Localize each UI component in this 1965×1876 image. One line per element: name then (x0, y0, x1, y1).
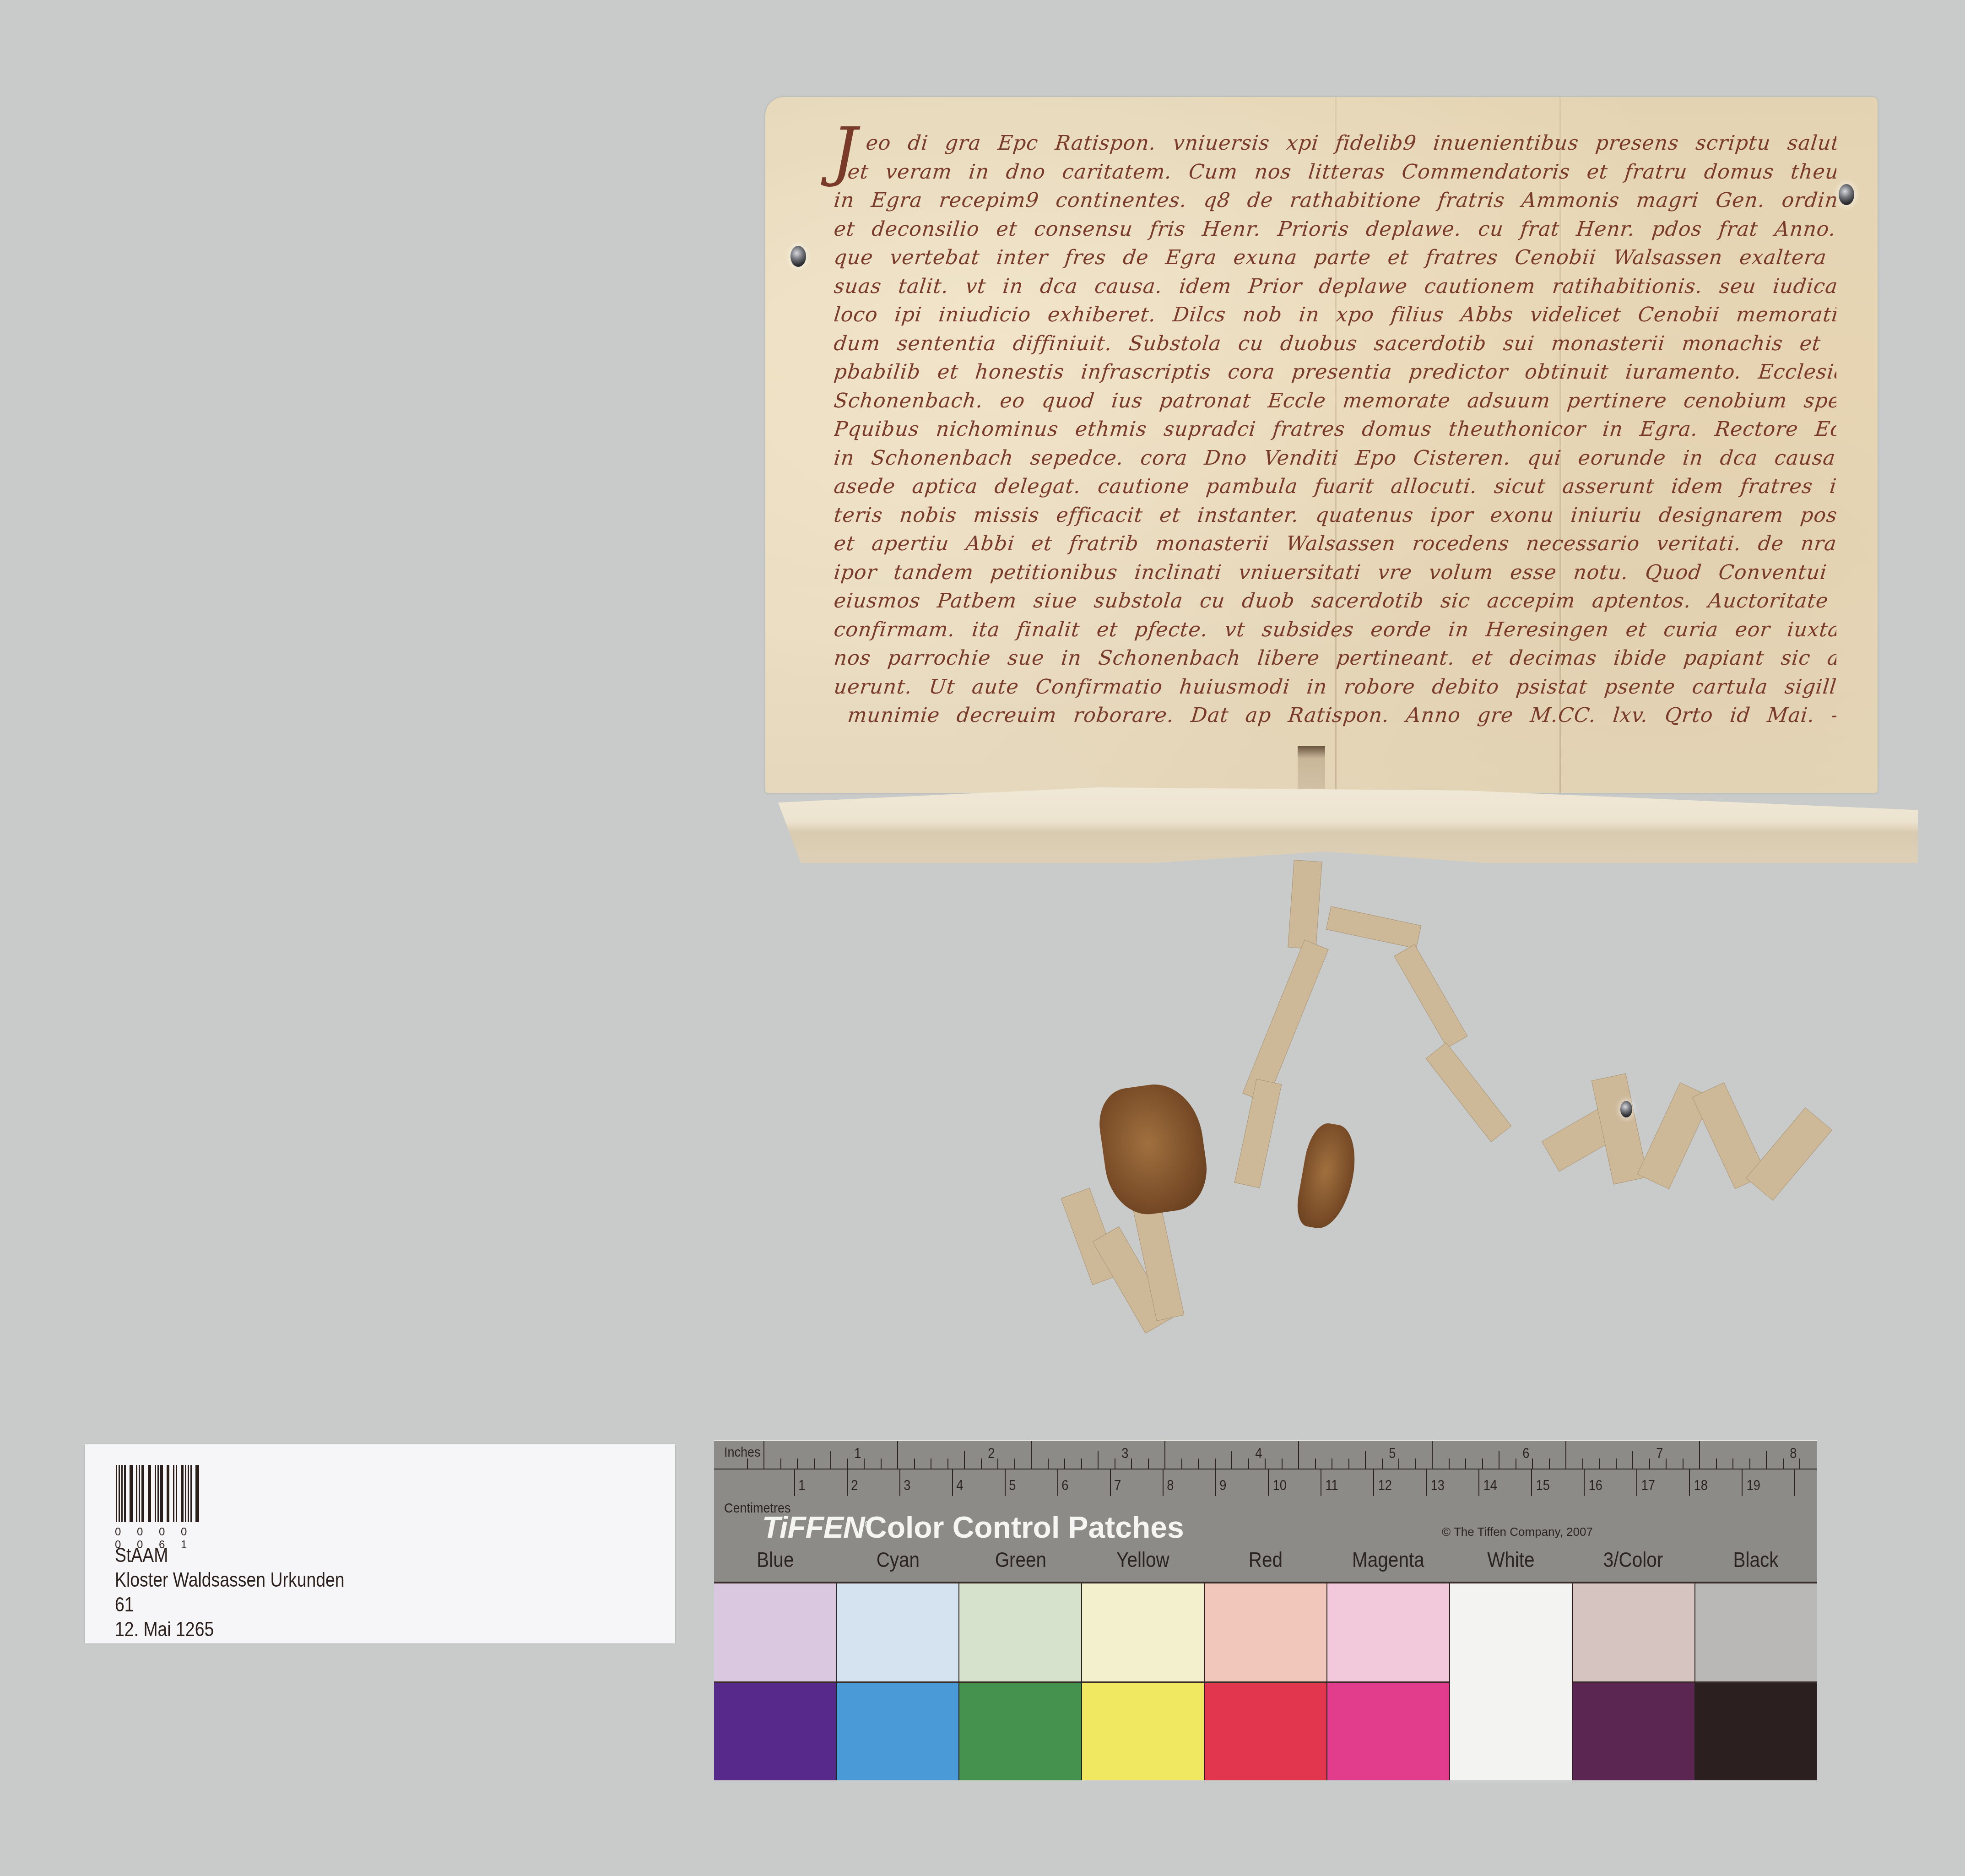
patch-column-red (1205, 1583, 1327, 1780)
inch-tick (914, 1459, 915, 1469)
folded-plica (778, 787, 1918, 863)
inch-tick (864, 1459, 865, 1469)
charter-text: eo di gra Epc Ratispon. vniuersis xpi fi… (834, 129, 1836, 730)
text-line: in Egra recepim9 continentes. q8 de rath… (834, 186, 1836, 215)
inch-tick (964, 1451, 965, 1469)
wax-seal-fragment (1095, 1079, 1213, 1220)
inch-tick-label: 6 (1522, 1445, 1529, 1462)
seal-tag-strip (1746, 1107, 1832, 1201)
text-line: et deconsilio et consensu fris Henr. Pri… (834, 215, 1836, 244)
text-line: ipor tandem petitionibus inclinati vniue… (834, 558, 1836, 587)
patch-light (959, 1583, 1081, 1681)
text-line: loco ipi iniudicio exhiberet. Dilcs nob … (834, 301, 1836, 330)
cm-tick-label: 9 (1219, 1477, 1226, 1494)
patch-name-red: Red (1212, 1547, 1320, 1579)
patch-saturated (1695, 1681, 1817, 1781)
inch-tick (1699, 1441, 1700, 1469)
copyright-notice: © The Tiffen Company, 2007 (1442, 1525, 1593, 1539)
archive-label: 0 0 0 0 0 0 6 1 StAAM Kloster Waldsassen… (85, 1444, 675, 1643)
patch-name-blue: Blue (721, 1547, 829, 1579)
cm-tick (1005, 1469, 1006, 1496)
cm-tick (1584, 1469, 1585, 1496)
inch-tick (1499, 1451, 1499, 1469)
inch-tick (1382, 1459, 1383, 1469)
cm-tick-label: 5 (1009, 1477, 1016, 1494)
cm-tick-label: 15 (1536, 1477, 1550, 1494)
mounting-pin-icon (1620, 1101, 1632, 1117)
inch-tick (947, 1459, 948, 1469)
inch-tick (1532, 1459, 1533, 1469)
patch-column-3-color (1573, 1583, 1695, 1780)
inch-tick (1248, 1459, 1249, 1469)
text-line: Pquibus nichominus ethmis supradci fratr… (834, 415, 1836, 444)
patch-saturated (1205, 1681, 1326, 1781)
inch-tick-label: 1 (854, 1445, 861, 1462)
patch-column-cyan (837, 1583, 959, 1780)
patch-name-magenta: Magenta (1334, 1547, 1442, 1579)
inch-tick (1783, 1459, 1784, 1469)
patch-saturated (1450, 1682, 1572, 1780)
inch-tick (1098, 1451, 1099, 1469)
patch-saturated (959, 1681, 1081, 1781)
inches-label: Inches (724, 1445, 761, 1460)
cm-tick-label: 6 (1061, 1477, 1068, 1494)
inch-tick (1549, 1459, 1550, 1469)
patch-light (1450, 1583, 1572, 1682)
inch-tick (1048, 1459, 1049, 1469)
inch-tick (1365, 1451, 1366, 1469)
inch-tick (1415, 1459, 1416, 1469)
inch-tick (1164, 1441, 1165, 1469)
inch-tick (1616, 1459, 1617, 1469)
inch-tick (847, 1459, 848, 1469)
inch-tick (1599, 1459, 1600, 1469)
seal-tag-strip (1242, 940, 1328, 1103)
cm-tick (952, 1469, 953, 1496)
patch-light (1205, 1583, 1326, 1681)
inch-tick (1565, 1441, 1566, 1469)
inch-tick (1666, 1459, 1667, 1469)
inch-tick-label: 4 (1255, 1445, 1262, 1462)
cm-tick (1373, 1469, 1374, 1496)
inch-tick-label: 7 (1656, 1445, 1663, 1462)
inch-tick (1031, 1441, 1032, 1469)
cm-tick-label: 17 (1641, 1477, 1655, 1494)
inch-tick (1014, 1459, 1015, 1469)
patch-light (837, 1583, 958, 1681)
text-line: confirmam. ita finalit et pfecte. vt sub… (834, 616, 1836, 645)
tiffen-color-chart: Inches Centimetres TiFFEN® Color Control… (714, 1440, 1817, 1778)
patch-name-white: White (1457, 1547, 1565, 1579)
cm-tick-label: 4 (956, 1477, 963, 1494)
inch-tick (1215, 1459, 1216, 1469)
cm-tick-label: 1 (798, 1477, 805, 1494)
inch-tick (1732, 1459, 1733, 1469)
patch-name-cyan: Cyan (844, 1547, 952, 1579)
patch-saturated (1327, 1681, 1449, 1781)
inch-tick (1298, 1441, 1299, 1469)
cm-tick (899, 1469, 900, 1496)
inch-tick (747, 1459, 748, 1469)
patch-column-blue (714, 1583, 837, 1780)
inch-tick-label: 5 (1389, 1445, 1396, 1462)
inch-tick (1482, 1459, 1483, 1469)
inch-tick-label: 3 (1121, 1445, 1128, 1462)
inch-tick (1582, 1459, 1583, 1469)
text-line: in Schonenbach sepedce. cora Dno Venditi… (834, 444, 1836, 473)
seal-tag-strip (1288, 860, 1322, 949)
cm-tick (1742, 1469, 1743, 1496)
mounting-pin-icon (790, 246, 806, 267)
ruler-baseline (714, 1469, 1817, 1469)
inch-tick (1398, 1459, 1399, 1469)
ruler: Inches Centimetres TiFFEN® Color Control… (714, 1440, 1817, 1583)
cm-tick (1268, 1469, 1269, 1496)
mounting-pin-icon (1839, 184, 1854, 205)
text-line: eo di gra Epc Ratispon. vniuersis xpi fi… (834, 129, 1836, 158)
text-line: suas talit. vt in dca causa. idem Prior … (834, 272, 1836, 301)
patch-saturated (837, 1681, 958, 1781)
cm-tick (1215, 1469, 1216, 1496)
cm-tick-label: 16 (1589, 1477, 1602, 1494)
cm-tick-label: 8 (1167, 1477, 1174, 1494)
inch-tick (897, 1441, 898, 1469)
cm-tick-label: 10 (1273, 1477, 1287, 1494)
cm-tick (1110, 1469, 1111, 1496)
tiffen-logo: TiFFEN® (762, 1510, 871, 1545)
inch-tick (1081, 1459, 1082, 1469)
inch-tick (1131, 1459, 1132, 1469)
wax-seal-fragment (1294, 1120, 1361, 1233)
inch-tick (1716, 1459, 1717, 1469)
barcode (116, 1465, 203, 1522)
patch-name-row: Blue Cyan Green Yellow Red Magenta White… (714, 1547, 1817, 1579)
inch-tick (1282, 1459, 1283, 1469)
text-line: teris nobis missis efficacit et instante… (834, 501, 1836, 530)
inch-tick (1231, 1451, 1232, 1469)
inch-tick (1799, 1459, 1800, 1469)
inch-tick (1348, 1459, 1349, 1469)
text-line: munimie decreuim roborare. Dat ap Ratisp… (834, 701, 1836, 730)
cm-tick (1426, 1469, 1427, 1496)
inch-tick (1315, 1459, 1316, 1469)
inch-tick (1683, 1459, 1684, 1469)
inch-tick (1749, 1459, 1750, 1469)
inch-tick (1064, 1459, 1065, 1469)
inch-tick (763, 1441, 764, 1469)
cm-tick-label: 18 (1694, 1477, 1708, 1494)
patch-column-yellow (1082, 1583, 1205, 1780)
cm-tick (1478, 1469, 1479, 1496)
patch-light (1695, 1583, 1817, 1681)
inch-tick (830, 1451, 831, 1469)
document-number: 61 (115, 1594, 134, 1616)
cm-tick-label: 11 (1325, 1477, 1338, 1494)
patch-light (714, 1583, 836, 1681)
text-line: pbabilib et honestis infrascriptis cora … (834, 358, 1836, 387)
inch-tick (814, 1459, 815, 1469)
inch-tick (1649, 1459, 1650, 1469)
inch-tick (1465, 1459, 1466, 1469)
inch-tick (997, 1459, 998, 1469)
color-patches (714, 1582, 1817, 1780)
patch-name-black: Black (1702, 1547, 1810, 1579)
seal-tag-strip (1426, 1042, 1512, 1142)
inch-tick-label: 8 (1790, 1445, 1797, 1462)
charter-parchment: J eo di gra Epc Ratispon. vniuersis xpi … (765, 97, 1878, 793)
document-date: 12. Mai 1265 (115, 1618, 214, 1641)
cm-tick (1531, 1469, 1532, 1496)
text-line: et apertiu Abbi et fratrib monasterii Wa… (834, 530, 1836, 558)
cm-tick-label: 19 (1747, 1477, 1760, 1494)
inch-tick (1332, 1459, 1332, 1469)
inch-tick (797, 1459, 798, 1469)
inch-tick (1115, 1459, 1115, 1469)
inch-tick (1766, 1451, 1767, 1469)
cm-tick-label: 14 (1483, 1477, 1497, 1494)
inch-tick (780, 1459, 781, 1469)
cm-tick-label: 3 (904, 1477, 910, 1494)
inch-tick (1432, 1441, 1433, 1469)
patch-light (1573, 1583, 1694, 1681)
inch-tick (981, 1459, 982, 1469)
patch-column-green (959, 1583, 1082, 1780)
text-line: que vertebat inter fres de Egra exuna pa… (834, 244, 1836, 272)
patch-column-black (1695, 1583, 1817, 1780)
cm-tick (1163, 1469, 1164, 1496)
inch-tick (1632, 1451, 1633, 1469)
cm-tick-label: 7 (1114, 1477, 1121, 1494)
seal-tag-strip (1326, 906, 1421, 949)
inch-tick (1198, 1459, 1199, 1469)
cm-tick-label: 2 (851, 1477, 858, 1494)
inch-tick (1265, 1459, 1266, 1469)
inch-tick-label: 2 (988, 1445, 995, 1462)
archive-name: StAAM (115, 1544, 168, 1567)
inch-tick (1449, 1459, 1450, 1469)
cm-tick-label: 13 (1431, 1477, 1445, 1494)
inch-tick (881, 1459, 882, 1469)
cm-tick (1689, 1469, 1690, 1496)
text-line: uerunt. Ut aute Confirmatio huiusmodi in… (834, 673, 1836, 702)
patch-saturated (1082, 1681, 1204, 1781)
text-line: nos parrochie sue in Schonenbach libere … (834, 644, 1836, 673)
patch-saturated (714, 1681, 836, 1781)
cm-tick (847, 1469, 848, 1496)
inch-tick (1516, 1459, 1516, 1469)
cm-tick-label: 12 (1378, 1477, 1392, 1494)
cm-tick (1636, 1469, 1637, 1496)
cm-tick (1057, 1469, 1058, 1496)
patch-column-magenta (1327, 1583, 1450, 1780)
patch-column-white (1450, 1583, 1573, 1780)
seal-tag-strip (1394, 944, 1467, 1048)
patch-name-green: Green (967, 1547, 1075, 1579)
seal-tag-strip (1234, 1079, 1282, 1188)
patch-light (1327, 1583, 1449, 1681)
cm-tick (794, 1469, 795, 1496)
inch-tick (1148, 1459, 1149, 1469)
patch-name-yellow: Yellow (1089, 1547, 1197, 1579)
text-line: et veram in dno caritatem. Cum nos litte… (834, 158, 1836, 187)
text-line: asede aptica delegat. cautione pambula f… (834, 472, 1836, 501)
collection-name: Kloster Waldsassen Urkunden (115, 1569, 345, 1592)
patch-name-3color: 3/Color (1580, 1547, 1688, 1579)
cm-tick (1321, 1469, 1321, 1496)
text-line: dum sententia diffiniuit. Substola cu du… (834, 330, 1836, 358)
text-line: Schonenbach. eo quod ius patronat Eccle … (834, 387, 1836, 416)
inch-tick (931, 1459, 931, 1469)
text-line: eiusmos Patbem siue substola cu duob sac… (834, 587, 1836, 616)
inch-tick (1181, 1459, 1182, 1469)
patch-saturated (1573, 1681, 1694, 1781)
patch-light (1082, 1583, 1204, 1681)
chart-title: Color Control Patches (865, 1510, 1184, 1545)
